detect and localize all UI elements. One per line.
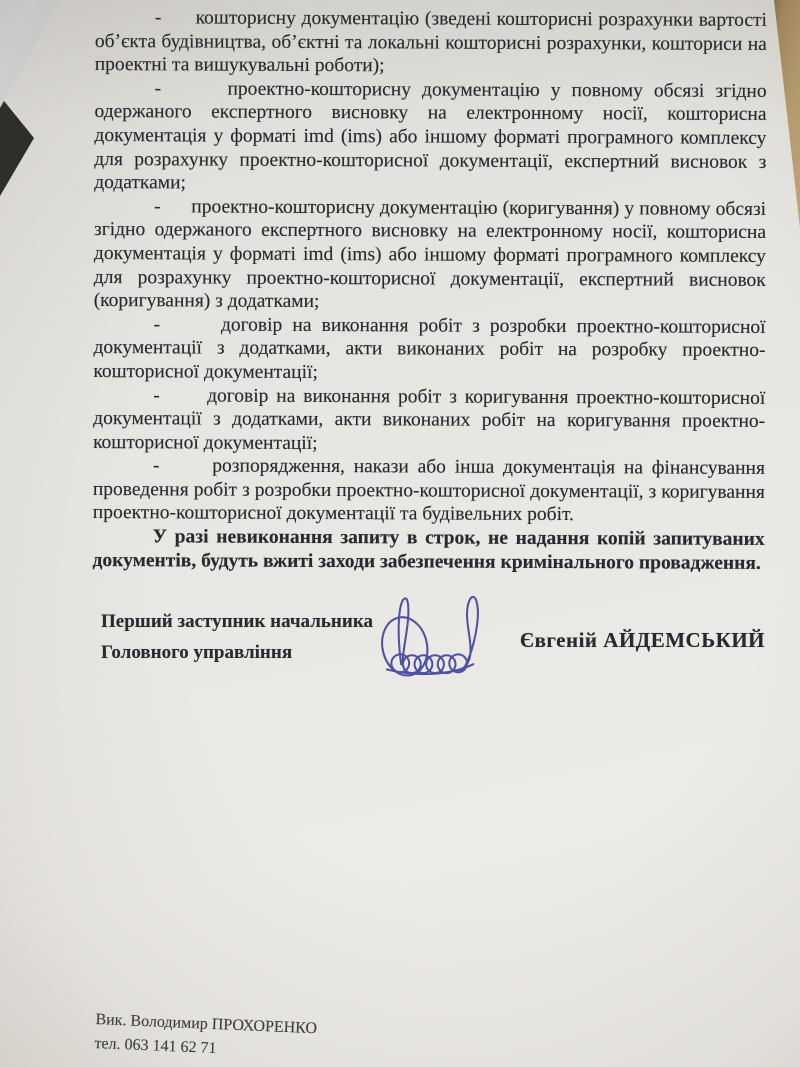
signer-position-line2: Головного управління xyxy=(101,637,373,668)
signature-block: Перший заступник начальника Головного уп… xyxy=(95,600,767,710)
signer-position-line1: Перший заступник начальника xyxy=(101,606,373,637)
bullet-paragraph-4: - договір на виконання робіт з розробки … xyxy=(93,313,765,387)
closing-paragraph: У разі невиконання запиту в строк, не на… xyxy=(93,525,765,575)
signer-name: Євгеній АЙДЕМСЬКИЙ xyxy=(520,628,765,653)
signature-ink xyxy=(353,584,501,682)
document-photo: - кошторисну документацію (зведені кошто… xyxy=(0,0,800,1067)
bullet-paragraph-6: - розпорядження, накази або інша докумен… xyxy=(93,454,765,528)
executor-footer: Вик. Володимир ПРОХОРЕНКО тел. 063 141 6… xyxy=(94,1008,318,1065)
signer-position: Перший заступник начальника Головного уп… xyxy=(101,606,373,668)
bullet-paragraph-5: - договір на виконання робіт з коригуван… xyxy=(93,383,765,457)
bullet-paragraph-3: - проектно-кошторисну документацію (кори… xyxy=(94,195,767,316)
bullet-paragraph-1: - кошторисну документацію (зведені кошто… xyxy=(95,6,767,80)
bullet-paragraph-2: - проектно-кошторисну документацію у пов… xyxy=(94,77,767,198)
document-body: - кошторисну документацію (зведені кошто… xyxy=(93,6,767,575)
